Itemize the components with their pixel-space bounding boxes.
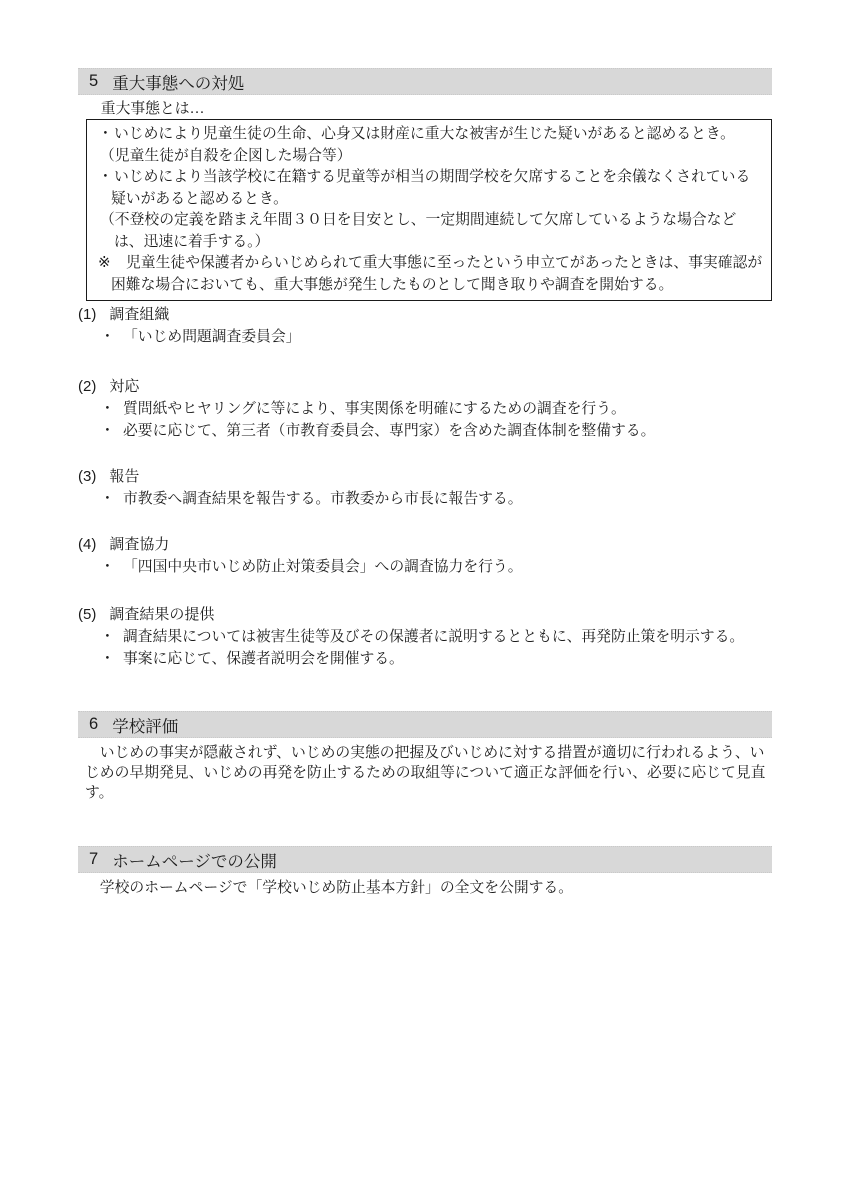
item-number: (4) [78, 534, 96, 556]
intro-line: 重大事態とは… [86, 100, 772, 119]
item-number: (2) [78, 376, 96, 398]
section-heading-6: 6 学校評価 [78, 711, 772, 738]
bullet-marker: ・ [98, 124, 113, 146]
bullet-marker: ・ [100, 556, 115, 578]
bullet-item: ・ 「いじめ問題調査委員会」 [78, 326, 772, 348]
box-item: ・ いじめにより児童生徒の生命、心身又は財産に重大な被害が生じた疑いがあると認め… [87, 124, 763, 146]
item-label: 調査組織 [109, 304, 169, 326]
bullet-item: ・ 必要に応じて、第三者（市教育委員会、専門家）を含めた調査体制を整備する。 [78, 420, 772, 442]
section-heading-5: 5 重大事態への対処 [78, 68, 772, 95]
item-number: (5) [78, 604, 96, 626]
item-label: 調査結果の提供 [109, 604, 214, 626]
bullet-text: 質問紙やヒヤリングに等により、事実関係を明確にするための調査を行う。 [123, 401, 626, 417]
box-item: ・ いじめにより当該学校に在籍する児童等が相当の期間学校を欠席することを余儀なく… [87, 167, 763, 210]
bullet-item: ・ 調査結果については被害生徒等及びその保護者に説明するとともに、再発防止策を明… [78, 626, 772, 648]
numbered-item-heading: (2) 対応 [78, 376, 772, 398]
bullet-item: ・ 市教委へ調査結果を報告する。市教委から市長に報告する。 [78, 488, 772, 510]
bullet-item: ・ 質問紙やヒヤリングに等により、事実関係を明確にするための調査を行う。 [78, 398, 772, 420]
document-page: 5 重大事態への対処 重大事態とは… ・ いじめにより児童生徒の生命、心身又は財… [0, 0, 849, 1200]
bullet-marker: ・ [100, 648, 115, 670]
section-number: 6 [89, 715, 98, 734]
box-item-text: 児童生徒や保護者からいじめられて重大事態に至ったという申立てがあったときは、事実… [111, 255, 762, 293]
section-number: 7 [89, 850, 98, 869]
item-label: 調査協力 [109, 534, 169, 556]
item-label: 対応 [109, 376, 139, 398]
item-label: 報告 [109, 466, 139, 488]
section-title: 重大事態への対処 [112, 70, 244, 94]
numbered-item-heading: (1) 調査組織 [78, 304, 772, 326]
page-content: 5 重大事態への対処 重大事態とは… ・ いじめにより児童生徒の生命、心身又は財… [0, 0, 849, 898]
box-item-text: （不登校の定義を踏まえ年間３０日を目安とし、一定期間連続して欠席しているような場… [100, 212, 736, 250]
box-item: （不登校の定義を踏まえ年間３０日を目安とし、一定期間連続して欠席しているような場… [87, 210, 763, 253]
numbered-item-heading: (4) 調査協力 [78, 534, 772, 556]
bullet-text: 調査結果については被害生徒等及びその保護者に説明するとともに、再発防止策を明示す… [123, 629, 744, 645]
box-item-text: （児童生徒が自殺を企図した場合等） [100, 148, 352, 164]
bullet-item: ・ 事案に応じて、保護者説明会を開催する。 [78, 648, 772, 670]
box-item-note: ※ 児童生徒や保護者からいじめられて重大事態に至ったという申立てがあったときは、… [87, 253, 763, 296]
bullet-text: 必要に応じて、第三者（市教育委員会、専門家）を含めた調査体制を整備する。 [123, 423, 655, 439]
bullet-marker: ・ [100, 488, 115, 510]
box-item: （児童生徒が自殺を企図した場合等） [87, 146, 763, 168]
bullet-marker: ・ [100, 398, 115, 420]
bullet-text: 事案に応じて、保護者説明会を開催する。 [123, 651, 404, 667]
item-number: (1) [78, 304, 96, 326]
bullet-marker: ・ [100, 326, 115, 348]
definition-box: ・ いじめにより児童生徒の生命、心身又は財産に重大な被害が生じた疑いがあると認め… [86, 119, 772, 301]
section-title: ホームページでの公開 [112, 848, 277, 872]
note-marker: ※ [98, 253, 110, 275]
bullet-text: 「四国中央市いじめ防止対策委員会」への調査協力を行う。 [123, 559, 523, 575]
section-number: 5 [89, 72, 98, 91]
numbered-item-heading: (3) 報告 [78, 466, 772, 488]
bullet-marker: ・ [100, 626, 115, 648]
item-number: (3) [78, 466, 96, 488]
section-heading-7: 7 ホームページでの公開 [78, 846, 772, 873]
numbered-item-heading: (5) 調査結果の提供 [78, 604, 772, 626]
bullet-text: 市教委へ調査結果を報告する。市教委から市長に報告する。 [123, 491, 523, 507]
bullet-item: ・ 「四国中央市いじめ防止対策委員会」への調査協力を行う。 [78, 556, 772, 578]
box-item-text: いじめにより当該学校に在籍する児童等が相当の期間学校を欠席することを余儀なくされ… [111, 169, 750, 207]
section-paragraph: 学校のホームページで「学校いじめ防止基本方針」の全文を公開する。 [85, 878, 772, 898]
bullet-marker: ・ [98, 167, 113, 189]
section-title: 学校評価 [112, 713, 178, 737]
bullet-text: 「いじめ問題調査委員会」 [123, 329, 301, 345]
bullet-marker: ・ [100, 420, 115, 442]
box-item-text: いじめにより児童生徒の生命、心身又は財産に重大な被害が生じた疑いがあると認めると… [114, 126, 735, 142]
section-paragraph: いじめの事実が隠蔽されず、いじめの実態の把握及びいじめに対する措置が適切に行われ… [85, 743, 772, 803]
